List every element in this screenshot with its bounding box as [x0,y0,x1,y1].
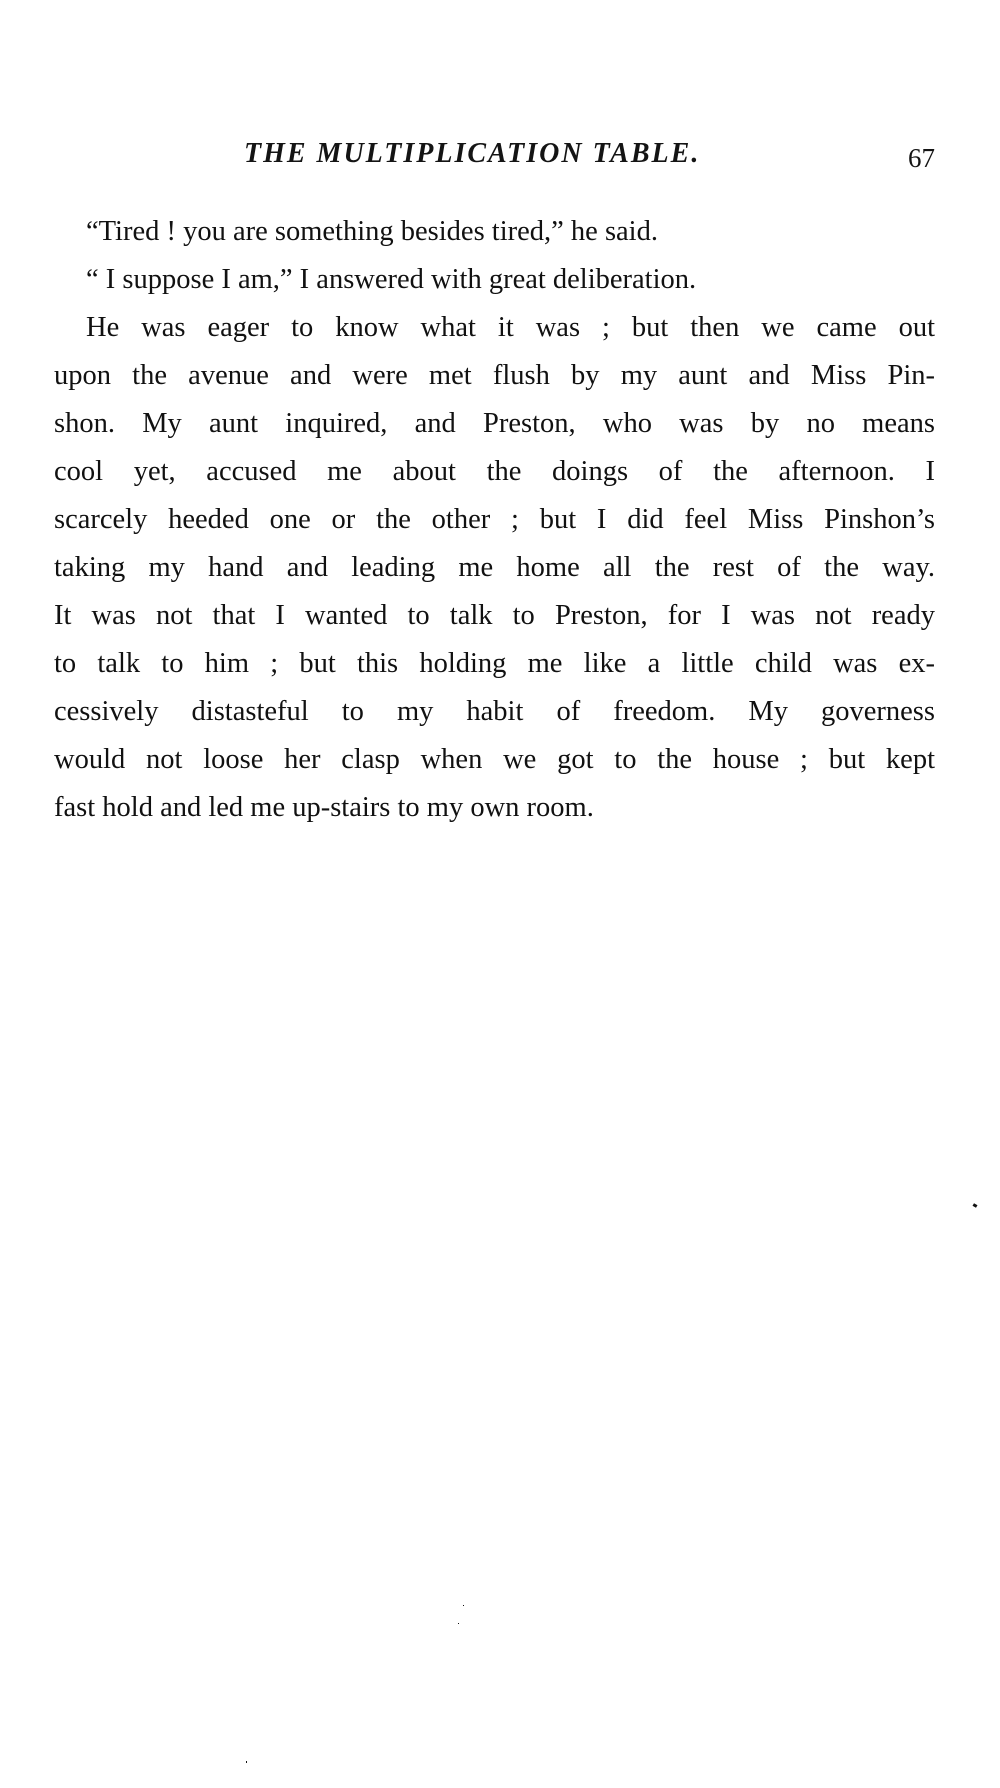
scan-speck [246,1761,247,1763]
text-line: “ I suppose I am,” I answered with great… [54,256,935,304]
text-line: upon the avenue and were met flush by my… [54,352,935,400]
scan-speck [973,1203,978,1208]
text-line: It was not that I wanted to talk to Pres… [54,592,935,640]
text-line: “Tired ! you are something besides tired… [54,208,935,256]
scan-speck [463,1605,464,1606]
text-line: to talk to him ; but this holding me lik… [54,640,935,688]
text-line: would not loose her clasp when we got to… [54,736,935,784]
page-number: 67 [908,138,935,178]
running-title: THE MULTIPLICATION TABLE. [244,134,700,174]
scan-speck [458,1623,459,1624]
text-line: fast hold and led me up-stairs to my own… [54,784,935,832]
running-head: THE MULTIPLICATION TABLE. 67 [54,134,935,174]
body-text: “Tired ! you are something besides tired… [54,208,935,832]
text-line: shon. My aunt inquired, and Preston, who… [54,400,935,448]
text-line: scarcely heeded one or the other ; but I… [54,496,935,544]
text-line: taking my hand and leading me home all t… [54,544,935,592]
book-page: THE MULTIPLICATION TABLE. 67 “Tired ! yo… [0,0,1000,1788]
text-line: cool yet, accused me about the doings of… [54,448,935,496]
text-line: He was eager to know what it was ; but t… [54,304,935,352]
text-line: cessively distasteful to my habit of fre… [54,688,935,736]
